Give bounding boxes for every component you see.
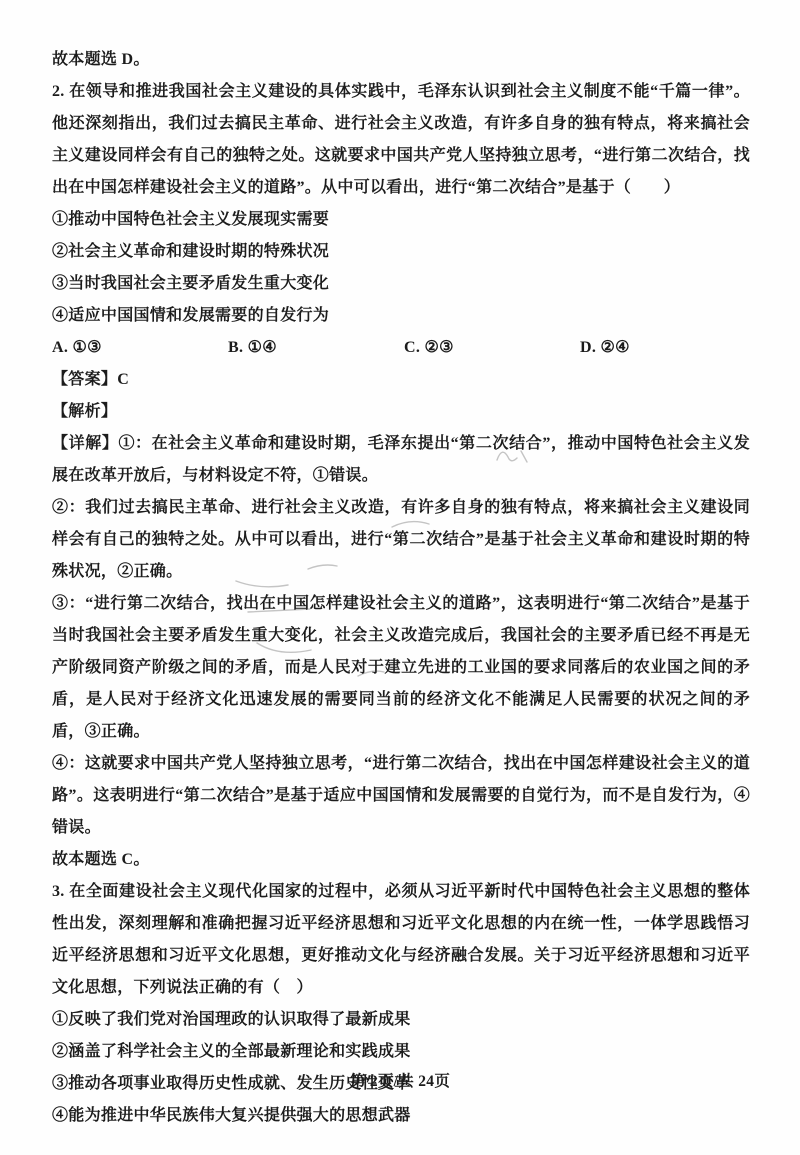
q2-option-c: C. ②③ [404, 332, 580, 364]
q2-option-d: D. ②④ [580, 332, 750, 364]
question-2-stem: 2. 在领导和推进我国社会主义建设的具体实践中，毛泽东认识到社会主义制度不能“千… [52, 76, 750, 204]
q2-conclusion: 故本题选 C。 [52, 844, 750, 876]
q2-detail-2: ②：我们过去搞民主革命、进行社会主义改造，有许多自身的独有特点，将来搞社会主义建… [52, 492, 750, 588]
exam-solution-page: 故本题选 D。 2. 在领导和推进我国社会主义建设的具体实践中，毛泽东认识到社会… [0, 0, 800, 1155]
page-number-footer: 第 2页/共 24页 [0, 1066, 800, 1098]
q3-statement-2: ②涵盖了科学社会主义的全部最新理论和实践成果 [52, 1036, 750, 1068]
q2-statement-4: ④适应中国国情和发展需要的自发行为 [52, 300, 750, 332]
q3-statement-1: ①反映了我们党对治国理政的认识取得了最新成果 [52, 1004, 750, 1036]
q2-answer-label: 【答案】C [52, 364, 750, 396]
q2-analysis-label: 【解析】 [52, 396, 750, 428]
page-indicator: 第 2页/共 24页 [350, 1073, 450, 1090]
q2-detail-1: 【详解】①：在社会主义革命和建设时期，毛泽东提出“第二次结合”，推动中国特色社会… [52, 428, 750, 492]
q2-statement-3: ③当时我国社会主要矛盾发生重大变化 [52, 268, 750, 300]
q2-option-b: B. ①④ [228, 332, 404, 364]
q2-statement-2: ②社会主义革命和建设时期的特殊状况 [52, 236, 750, 268]
q2-option-a: A. ①③ [52, 332, 228, 364]
q2-statement-1: ①推动中国特色社会主义发展现实需要 [52, 204, 750, 236]
q3-statement-4: ④能为推进中华民族伟大复兴提供强大的思想武器 [52, 1100, 750, 1132]
q2-detail-3: ③：“进行第二次结合，找出在中国怎样建设社会主义的道路”，这表明进行“第二次结合… [52, 588, 750, 748]
question-3-stem: 3. 在全面建设社会主义现代化国家的过程中，必须从习近平新时代中国特色社会主义思… [52, 876, 750, 1004]
q2-options-row: A. ①③ B. ①④ C. ②③ D. ②④ [52, 332, 750, 364]
q2-detail-4: ④：这就要求中国共产党人坚持独立思考，“进行第二次结合，找出在中国怎样建设社会主… [52, 748, 750, 844]
prev-question-conclusion: 故本题选 D。 [52, 44, 750, 76]
